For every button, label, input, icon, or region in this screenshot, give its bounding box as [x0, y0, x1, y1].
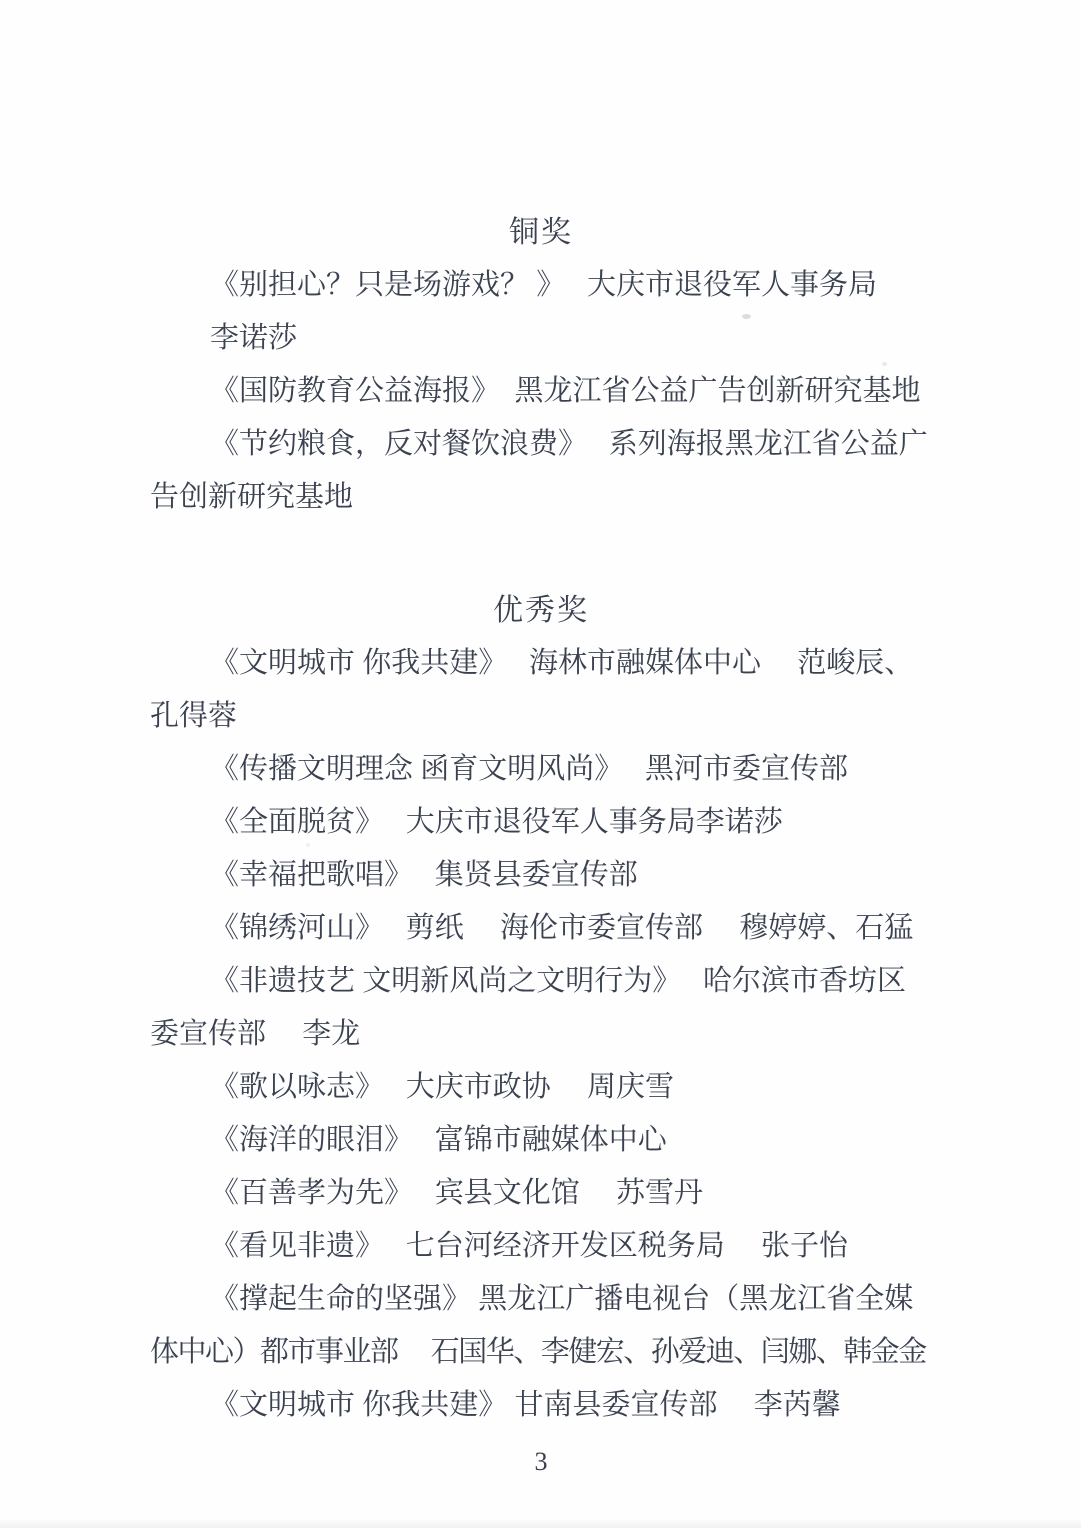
award-entry: 《看见非遗》 七台河经济开发区税务局 张子怡 — [150, 1220, 932, 1273]
scan-artifact-speck — [882, 362, 887, 366]
section-title-bronze-award: 铜奖 — [150, 206, 932, 259]
document-page: 铜奖 《别担心？只是场游戏？ 》 大庆市退役军人事务局 李诺莎 《国防教育公益海… — [0, 0, 1081, 1528]
award-entry-continuation: 体中心）都市事业部 石国华、李健宏、孙爱迪、闫娜、韩金金 — [150, 1326, 932, 1379]
award-entry: 《歌以咏志》 大庆市政协 周庆雪 — [150, 1061, 932, 1114]
award-entry: 《海洋的眼泪》 富锦市融媒体中心 — [150, 1114, 932, 1167]
award-entry: 《文明城市 你我共建》 甘南县委宣传部 李芮馨 — [150, 1379, 932, 1432]
award-entry: 《全面脱贫》 大庆市退役军人事务局李诺莎 — [150, 796, 932, 849]
award-entry-continuation: 李诺莎 — [150, 312, 932, 365]
page-bottom-shadow — [0, 1518, 1081, 1528]
award-entry-continuation: 委宣传部 李龙 — [150, 1008, 932, 1061]
award-entry: 《撑起生命的坚强》 黑龙江广播电视台（黑龙江省全媒 — [150, 1273, 932, 1326]
award-entry: 《别担心？只是场游戏？ 》 大庆市退役军人事务局 — [150, 259, 932, 312]
scan-artifact-speck — [306, 843, 310, 847]
award-entry: 《国防教育公益海报》 黑龙江省公益广告创新研究基地 — [150, 365, 932, 418]
page-number: 3 — [150, 1442, 932, 1482]
award-entry: 《百善孝为先》 宾县文化馆 苏雪丹 — [150, 1167, 932, 1220]
award-entry-continuation: 告创新研究基地 — [150, 471, 932, 524]
scan-artifact-speck — [742, 314, 751, 319]
award-entry: 《非遗技艺 文明新风尚之文明行为》 哈尔滨市香坊区 — [150, 955, 932, 1008]
award-entry: 《幸福把歌唱》 集贤县委宣传部 — [150, 849, 932, 902]
award-entry-continuation: 孔得蓉 — [150, 690, 932, 743]
award-entry: 《文明城市 你我共建》 海林市融媒体中心 范峻辰、 — [150, 637, 932, 690]
document-content: 铜奖 《别担心？只是场游戏？ 》 大庆市退役军人事务局 李诺莎 《国防教育公益海… — [150, 206, 932, 1482]
award-entry: 《锦绣河山》 剪纸 海伦市委宣传部 穆婷婷、石猛 — [150, 902, 932, 955]
award-entry: 《传播文明理念 函育文明风尚》 黑河市委宣传部 — [150, 743, 932, 796]
section-title-excellence-award: 优秀奖 — [150, 584, 932, 637]
award-entry: 《节约粮食，反对餐饮浪费》 系列海报黑龙江省公益广 — [150, 418, 932, 471]
